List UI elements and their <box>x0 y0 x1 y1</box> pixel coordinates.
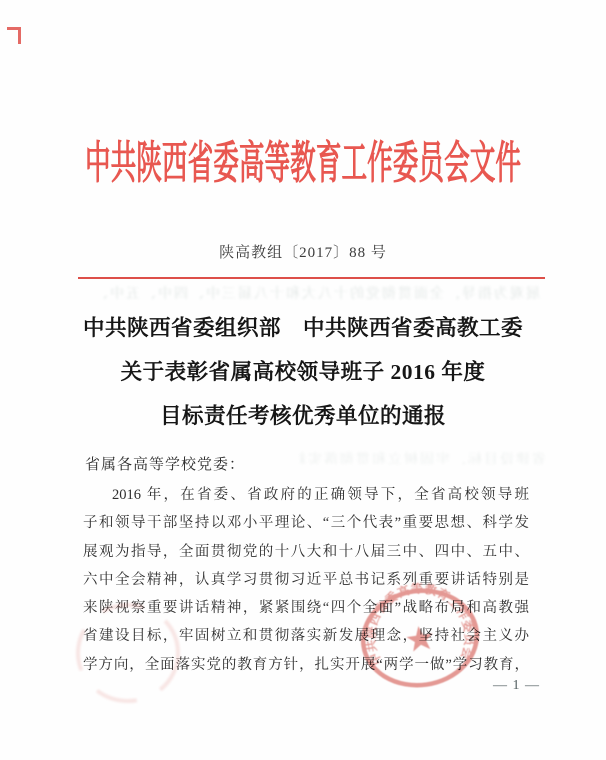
bleedthrough-text: 展观为指导，全面贯彻党的十八大和十八届三中、四中、五中、 <box>72 283 540 300</box>
document-number: 陕高教组〔2017〕88 号 <box>0 241 606 262</box>
document-page: 中共陕西省委高等教育工作委员会文件 陕高教组〔2017〕88 号 展观为指导，全… <box>0 0 606 760</box>
body-line: 展观为指导，全面贯彻党的十八大和十八届三中、四中、五中、 <box>83 538 529 566</box>
red-separator-rule <box>78 277 545 279</box>
red-corner-mark <box>7 27 21 44</box>
title-line-3: 目标责任考核优秀单位的通报 <box>0 394 606 438</box>
seal-star-icon <box>405 624 435 652</box>
official-seal: 中共陕西省委高等教育工作委员会 <box>350 576 490 700</box>
body-line: 2016 年，在省委、省政府的正确领导下，全省高校领导班 <box>83 481 529 509</box>
page-number: — 1 — <box>493 678 540 694</box>
title-line-1: 中共陕西省委组织部 中共陕西省委高教工委 <box>0 306 606 350</box>
salutation: 省属各高等学校党委： <box>85 455 245 475</box>
document-title: 中共陕西省委组织部 中共陕西省委高教工委 关于表彰省属高校领导班子 2016 年… <box>0 306 606 438</box>
seal-arc-text: 中共陕西省委高等教育工作委员会 <box>355 576 481 677</box>
svg-text:中共陕西省委高等教育工作委员会: 中共陕西省委高等教育工作委员会 <box>355 576 481 677</box>
issuing-authority-banner: 中共陕西省委高等教育工作委员会文件 <box>85 138 521 188</box>
body-line: 子和领导干部坚持以邓小平理论、“三个代表”重要思想、科学发 <box>83 509 529 537</box>
faint-seal-fragment <box>73 598 183 708</box>
bleedthrough-text: 省建设目标，牢固树立和贯彻落实新发展理念，坚持社会主义办 <box>300 449 546 464</box>
title-line-2: 关于表彰省属高校领导班子 2016 年度 <box>0 350 606 394</box>
